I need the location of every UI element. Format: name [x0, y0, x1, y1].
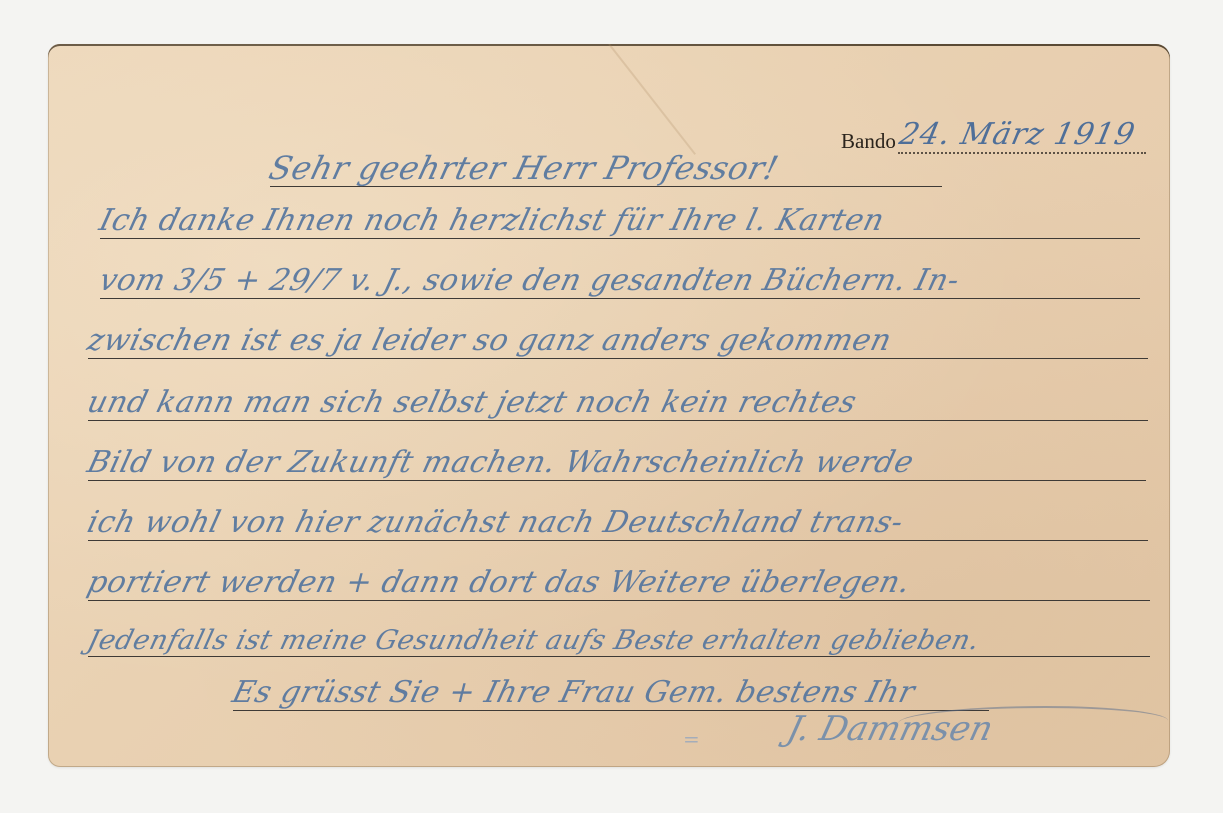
- salutation-line: Sehr geehrter Herr Professor!: [270, 142, 942, 187]
- body-line-8: Jedenfalls ist meine Gesundheit aufs Bes…: [88, 612, 1150, 657]
- paper-crease: [608, 44, 696, 155]
- body-text: portiert werden + dann dort das Weitere …: [84, 568, 913, 598]
- body-line-5: Bild von der Zukunft machen. Wahrscheinl…: [88, 436, 1146, 481]
- closing-line: Es grüsst Sie + Ihre Frau Gem. bestens I…: [233, 666, 989, 711]
- body-line-2: vom 3/5 + 29/7 v. J., sowie den gesandte…: [100, 254, 1140, 299]
- closing: Es grüsst Sie + Ihre Frau Gem. bestens I…: [229, 678, 918, 708]
- salutation: Sehr geehrter Herr Professor!: [266, 152, 782, 184]
- body-line-6: ich wohl von hier zunächst nach Deutschl…: [88, 496, 1148, 541]
- body-line-4: und kann man sich selbst jetzt noch kein…: [88, 376, 1148, 421]
- body-line-7: portiert werden + dann dort das Weitere …: [88, 556, 1150, 601]
- body-text: vom 3/5 + 29/7 v. J., sowie den gesandte…: [96, 266, 962, 296]
- body-text: Bild von der Zukunft machen. Wahrscheinl…: [84, 448, 916, 478]
- body-text: und kann man sich selbst jetzt noch kein…: [84, 388, 859, 418]
- body-text: ich wohl von hier zunächst nach Deutschl…: [84, 508, 906, 538]
- body-text: Jedenfalls ist meine Gesundheit aufs Bes…: [85, 627, 983, 654]
- body-line-1: Ich danke Ihnen noch herzlichst für Ihre…: [100, 194, 1140, 239]
- postcard: Bando 24. März 1919 Sehr geehrter Herr P…: [48, 44, 1170, 767]
- signature: J. Dammsen: [783, 709, 997, 749]
- body-line-3: zwischen ist es ja leider so ganz anders…: [88, 314, 1148, 359]
- body-text: zwischen ist es ja leider so ganz anders…: [84, 326, 894, 356]
- ink-mark: =: [683, 727, 700, 751]
- body-text: Ich danke Ihnen noch herzlichst für Ihre…: [96, 206, 887, 236]
